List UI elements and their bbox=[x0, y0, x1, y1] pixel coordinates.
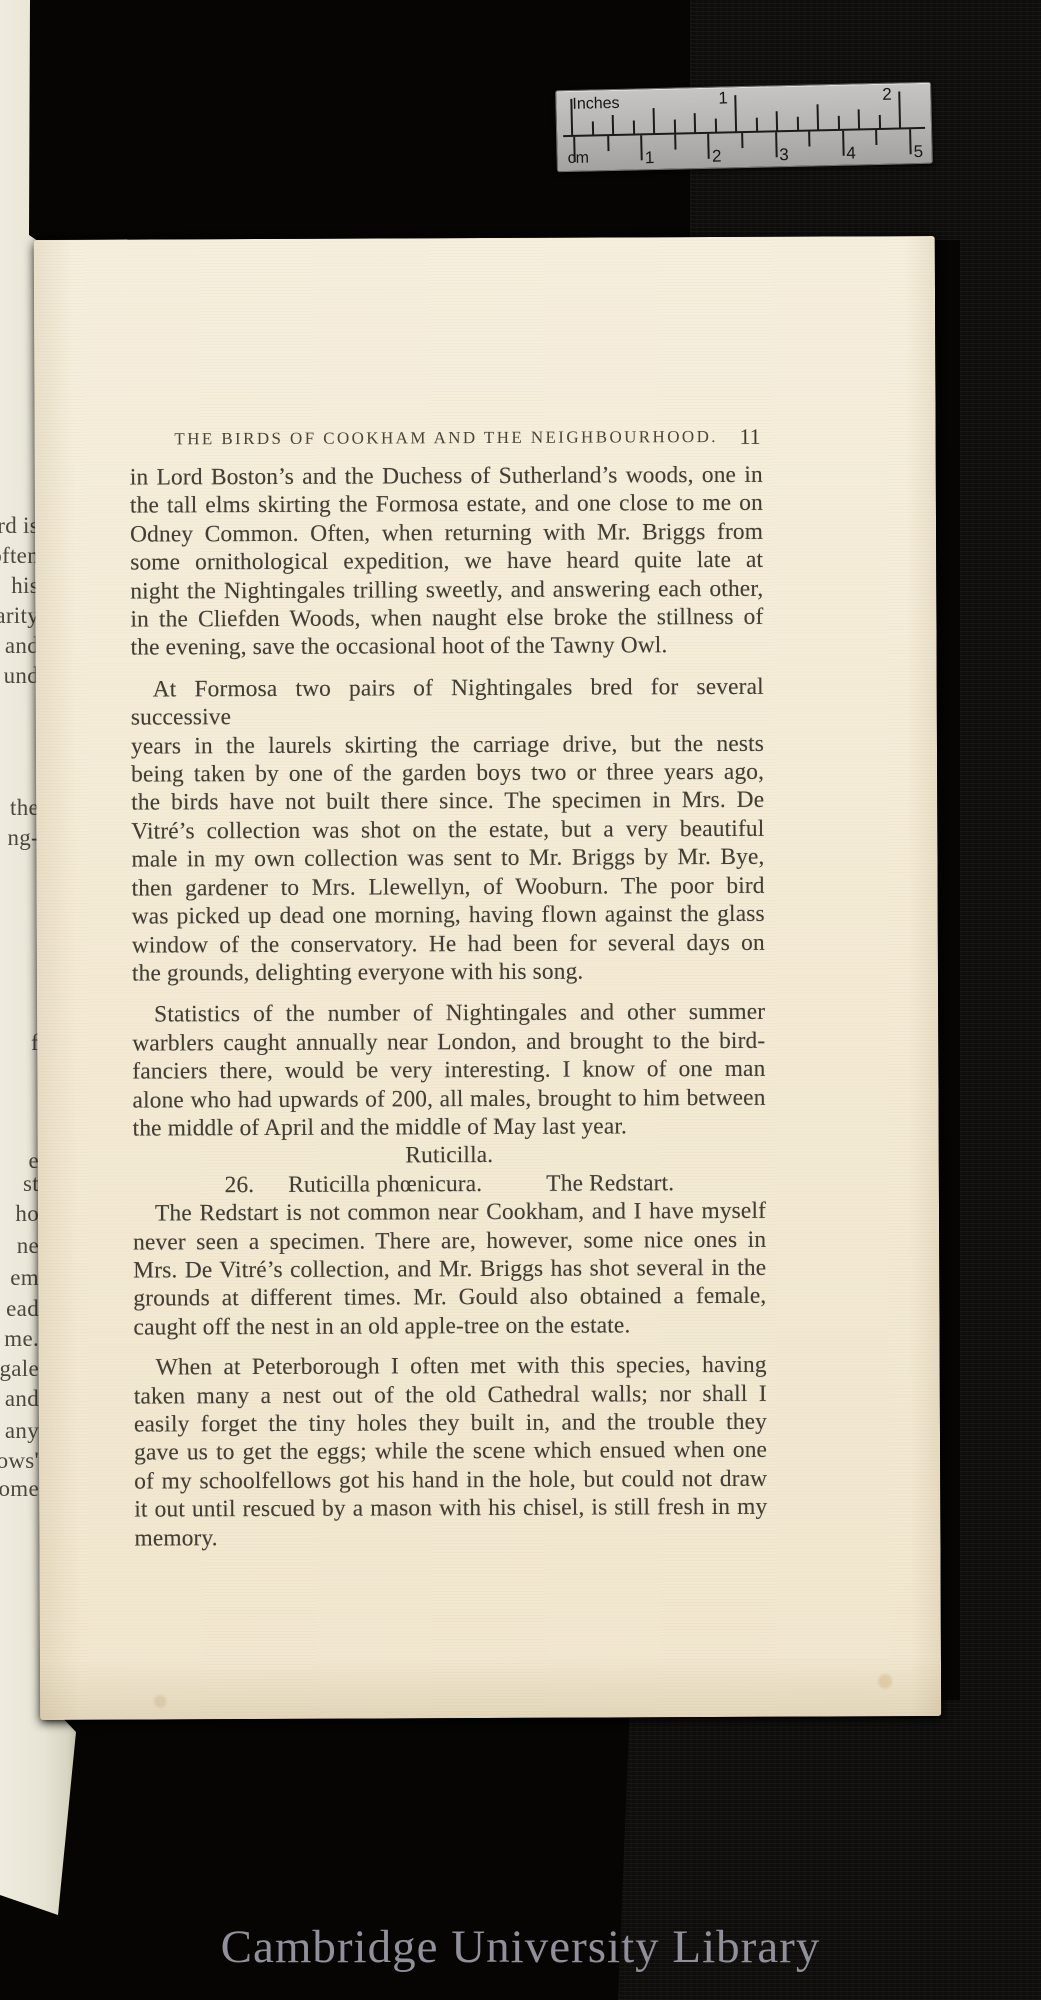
text-line: the birds have not built there since. Th… bbox=[131, 786, 764, 817]
facing-page-text-fragment: the bbox=[10, 795, 39, 821]
text-line: Statistics of the number of Nightingales… bbox=[132, 998, 765, 1029]
ruler-cm-number: 3 bbox=[779, 145, 789, 165]
facing-page-text-fragment: often bbox=[0, 543, 39, 569]
ruler-tick bbox=[875, 130, 877, 145]
text-line: Vitré’s collection was shot on the estat… bbox=[131, 815, 764, 846]
ruler-tick bbox=[775, 132, 778, 157]
text-line: the evening, save the occasional hoot of… bbox=[130, 631, 763, 662]
text-line: fanciers there, would be very interestin… bbox=[132, 1055, 765, 1086]
page-body-text: in Lord Boston’s and the Duchess of Suth… bbox=[130, 461, 768, 1553]
book-page: THE BIRDS OF COOKHAM AND THE NEIGHBOURHO… bbox=[34, 236, 941, 1720]
ruler-cm-number: 4 bbox=[846, 143, 856, 163]
facing-page-text-fragment: ho bbox=[15, 1201, 39, 1227]
text-line: caught off the nest in an old apple-tree… bbox=[133, 1311, 766, 1342]
ruler-tick bbox=[741, 133, 743, 148]
scanned-book-photograph: rd isoftenhisarityandundtheng-festhoneem… bbox=[0, 0, 1041, 2000]
text-line: was picked up dead one morning, having f… bbox=[132, 900, 765, 931]
ruler-tick bbox=[837, 116, 839, 130]
text-line: in Lord Boston’s and the Duchess of Suth… bbox=[130, 461, 763, 492]
text-line: grounds at different times. Mr. Gould al… bbox=[133, 1282, 766, 1313]
ruler-tick bbox=[632, 120, 634, 134]
ruler-tick bbox=[573, 137, 576, 162]
text-line: in the Cliefden Woods, when naught else … bbox=[130, 603, 763, 634]
ruler-cm-number: 5 bbox=[913, 142, 923, 162]
ruler-tick bbox=[909, 129, 912, 154]
text-line: of my schoolfellows got his hand in the … bbox=[134, 1465, 767, 1496]
text-line: male in my own collection was sent to Mr… bbox=[131, 843, 764, 874]
facing-page-text-fragment: em bbox=[10, 1265, 39, 1291]
ruler-cm-label: cm bbox=[567, 150, 589, 168]
text-line: being taken by one of the garden boys tw… bbox=[131, 758, 764, 789]
ruler-tick bbox=[755, 118, 757, 132]
text-line: The Redstart is not common near Cookham,… bbox=[133, 1197, 766, 1228]
entry-number: 26. bbox=[225, 1172, 255, 1198]
species-entry-heading: 26.Ruticilla phœnicura.The Redstart. bbox=[133, 1169, 766, 1200]
ruler-tick bbox=[708, 134, 711, 159]
ruler-tick bbox=[817, 104, 820, 130]
text-line: memory. bbox=[134, 1521, 767, 1552]
ruler-midline bbox=[563, 127, 925, 137]
ruler-tick bbox=[607, 136, 609, 151]
text-line: the tall elms skirting the Formosa estat… bbox=[130, 489, 763, 520]
ruler-inch-number: 2 bbox=[882, 85, 892, 105]
facing-page-text-fragment: some bbox=[0, 1476, 39, 1502]
text-line: At Formosa two pairs of Nightingales bre… bbox=[131, 673, 764, 733]
facing-page-text-fragment: and bbox=[5, 633, 39, 659]
text-line: taken many a nest out of the old Cathedr… bbox=[134, 1379, 767, 1410]
library-watermark: Cambridge University Library bbox=[0, 1920, 1041, 1974]
facing-page-text-fragment: and bbox=[5, 1386, 39, 1412]
text-line: it out until rescued by a mason with his… bbox=[134, 1493, 767, 1524]
facing-page-text-fragment: arity bbox=[0, 603, 39, 629]
facing-page-text-fragment: st bbox=[23, 1171, 39, 1197]
ruler-inches-label: Inches bbox=[572, 95, 620, 114]
ruler-cm-number: 1 bbox=[645, 148, 655, 168]
ruler-tick bbox=[591, 121, 593, 135]
entry-species-name: Ruticilla phœnicura. bbox=[288, 1171, 482, 1198]
paragraph: When at Peterborough I often met with th… bbox=[134, 1351, 768, 1553]
facing-page-text-fragment: any bbox=[5, 1418, 39, 1444]
text-line: night the Nightingales trilling sweetly,… bbox=[130, 574, 763, 605]
paragraph: The Redstart is not common near Cookham,… bbox=[133, 1197, 767, 1342]
ruler-tick bbox=[640, 135, 643, 160]
text-line: window of the conservatory. He had been … bbox=[132, 928, 765, 959]
text-line: warblers caught annually near London, an… bbox=[132, 1027, 765, 1058]
ruler-tick bbox=[796, 117, 798, 131]
facing-page-text-fragment: ead bbox=[6, 1296, 39, 1322]
ruler-tick bbox=[808, 131, 810, 146]
header-title: THE BIRDS OF COOKHAM AND THE NEIGHBOURHO… bbox=[174, 427, 718, 448]
facing-page-text-fragment: ne bbox=[17, 1233, 39, 1259]
ruler-tick bbox=[878, 115, 880, 129]
running-header: THE BIRDS OF COOKHAM AND THE NEIGHBOURHO… bbox=[130, 427, 763, 458]
text-line: some ornithological expedition, we have … bbox=[130, 546, 763, 577]
page-number: 11 bbox=[739, 424, 760, 450]
text-line: alone who had upwards of 200, all males,… bbox=[132, 1083, 765, 1114]
facing-page-text-fragment: und bbox=[4, 663, 39, 689]
text-line: then gardener to Mrs. Llewellyn, of Woob… bbox=[132, 871, 765, 902]
ruler-tick bbox=[858, 109, 860, 129]
entry-common-name: The Redstart. bbox=[546, 1170, 674, 1197]
text-line: easily forget the tiny holes they built … bbox=[134, 1408, 767, 1439]
text-line: never seen a specimen. There are, howeve… bbox=[133, 1225, 766, 1256]
ruler-tick bbox=[673, 120, 675, 134]
ruler-tick bbox=[776, 111, 778, 131]
ruler-tick bbox=[694, 113, 696, 133]
ruler: Inches cm 1212345 bbox=[555, 82, 933, 173]
text-line: Mrs. De Vitré’s collection, and Mr. Brig… bbox=[133, 1254, 766, 1285]
ruler-tick bbox=[734, 95, 737, 132]
ruler-tick bbox=[653, 108, 656, 134]
text-line: gave us to get the eggs; while the scene… bbox=[134, 1436, 767, 1467]
facing-page-text-fragment: gale bbox=[0, 1356, 39, 1382]
ruler-tick bbox=[674, 135, 676, 150]
ruler-inch-number: 1 bbox=[718, 88, 728, 108]
ruler-tick bbox=[842, 131, 845, 156]
text-line: When at Peterborough I often met with th… bbox=[134, 1351, 767, 1382]
ruler-cm-number: 2 bbox=[712, 147, 722, 167]
text-line: the middle of April and the middle of Ma… bbox=[133, 1112, 766, 1143]
facing-page-text-fragment: rows' bbox=[0, 1448, 39, 1474]
section-heading: Ruticilla. bbox=[133, 1140, 766, 1171]
paragraph: Statistics of the number of Nightingales… bbox=[132, 998, 766, 1143]
facing-page-text-fragment: rd is bbox=[0, 513, 39, 539]
text-line: years in the laurels skirting the carria… bbox=[131, 729, 764, 760]
ruler-tick bbox=[612, 115, 614, 135]
facing-page-text-fragment: me. bbox=[4, 1326, 39, 1352]
text-line: the grounds, delighting everyone with hi… bbox=[132, 957, 765, 988]
text-line: Odney Common. Often, when returning with… bbox=[130, 518, 763, 549]
paragraph: in Lord Boston’s and the Duchess of Suth… bbox=[130, 461, 764, 663]
paragraph: At Formosa two pairs of Nightingales bre… bbox=[131, 673, 765, 988]
ruler-tick bbox=[714, 119, 716, 133]
facing-page-text-fragment: ng- bbox=[7, 825, 39, 851]
ruler-tick bbox=[898, 91, 901, 128]
